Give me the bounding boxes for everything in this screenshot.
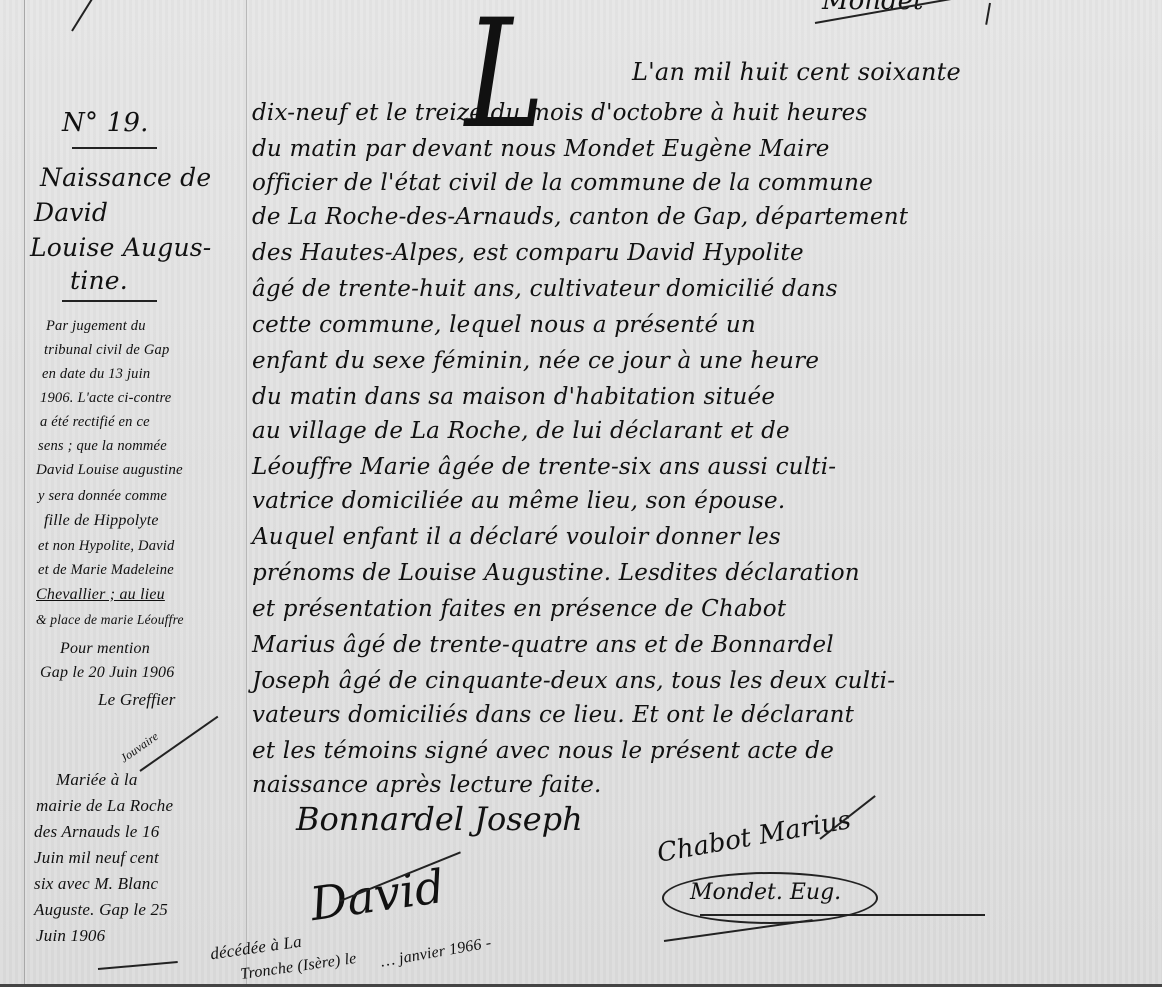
annotation-line: y sera donnée comme (38, 488, 167, 505)
annotation-line: fille de Hippolyte (44, 512, 159, 530)
body-line: du matin par devant nous Mondet Eugène M… (252, 136, 830, 162)
body-line: officier de l'état civil de la commune d… (252, 170, 873, 196)
margin-rule (246, 0, 247, 987)
annotation-line: en date du 13 juin (42, 366, 150, 383)
decorative-capital-L: L (465, 0, 545, 150)
act-number: N° 19. (62, 108, 149, 138)
strikethrough-stroke (98, 961, 178, 970)
top-signature-tick (985, 3, 991, 25)
body-line: Marius âgé de trente-quatre ans et de Bo… (252, 632, 834, 658)
margin-heading-line-3: Louise Augus- (30, 233, 211, 262)
signature-mayor: Mondet. Eug. (690, 880, 841, 905)
margin-heading-rule (62, 300, 157, 302)
body-line: prénoms de Louise Augustine. Lesdites dé… (252, 560, 860, 586)
marriage-line: Juin mil neuf cent (34, 848, 159, 868)
document-page: Mondet L N° 19. Naissance de David Louis… (0, 0, 1162, 987)
signature-witness-bonnardel: Bonnardel Joseph (296, 800, 583, 838)
annotation-line: & place de marie Léouffre (36, 612, 184, 628)
body-line: de La Roche-des-Arnauds, canton de Gap, … (252, 204, 908, 230)
margin-heading-line-4: tine. (70, 266, 128, 295)
body-line: vateurs domiciliés dans ce lieu. Et ont … (252, 702, 854, 728)
page-edge-line (24, 0, 25, 987)
body-line: du matin dans sa maison d'habitation sit… (252, 384, 775, 410)
marriage-line: Mariée à la (56, 770, 138, 790)
annotation-line: tribunal civil de Gap (44, 342, 169, 359)
body-line: cette commune, lequel nous a présenté un (252, 312, 756, 338)
signature-declarant-david: David (307, 859, 448, 931)
body-line: enfant du sexe féminin, née ce jour à un… (252, 348, 819, 374)
mention-line: Pour mention (60, 640, 150, 658)
body-line: au village de La Roche, de lui déclarant… (252, 418, 790, 444)
annotation-line: et de Marie Madeleine (38, 562, 174, 579)
annotation-line: sens ; que la nommée (38, 438, 167, 455)
body-line: Joseph âgé de cinquante-deux ans, tous l… (252, 668, 895, 694)
body-line: des Hautes-Alpes, est comparu David Hypo… (252, 240, 804, 266)
body-line: L'an mil huit cent soixante (632, 58, 961, 86)
marriage-line: Auguste. Gap le 25 (34, 900, 168, 920)
act-number-rule (72, 147, 157, 149)
margin-heading-line-1: Naissance de (40, 163, 211, 192)
annotation-line: et non Hypolite, David (38, 538, 174, 555)
annotation-line: Chevallier ; au lieu (36, 586, 165, 604)
annotation-line: David Louise augustine (36, 462, 183, 479)
marriage-line: des Arnauds le 16 (34, 822, 159, 842)
margin-heading-name: David (34, 198, 108, 227)
annotation-line: Par jugement du (46, 318, 146, 335)
body-line: naissance après lecture faite. (252, 772, 602, 798)
marriage-line: six avec M. Blanc (34, 874, 158, 894)
mention-line: Gap le 20 Juin 1906 (40, 664, 174, 682)
body-line: Léouffre Marie âgée de trente-six ans au… (252, 454, 836, 480)
body-line: vatrice domiciliée au même lieu, son épo… (252, 488, 785, 514)
marriage-line: Juin 1906 (36, 926, 105, 946)
body-line: et présentation faites en présence de Ch… (252, 596, 786, 622)
body-line: âgé de trente-huit ans, cultivateur domi… (252, 276, 838, 302)
mayor-underline (700, 914, 985, 916)
mention-line: Le Greffier (98, 690, 176, 710)
body-line: et les témoins signé avec nous le présen… (252, 738, 834, 764)
annotation-line: a été rectifié en ce (40, 414, 150, 431)
annotation-line: 1906. L'acte ci-contre (40, 390, 171, 407)
body-line: Auquel enfant il a déclaré vouloir donne… (252, 524, 781, 550)
death-line: … janvier 1966 - (379, 934, 493, 971)
ink-stroke (71, 0, 93, 32)
body-line: dix-neuf et le treize du mois d'octobre … (252, 100, 867, 126)
marriage-line: mairie de La Roche (36, 796, 173, 816)
